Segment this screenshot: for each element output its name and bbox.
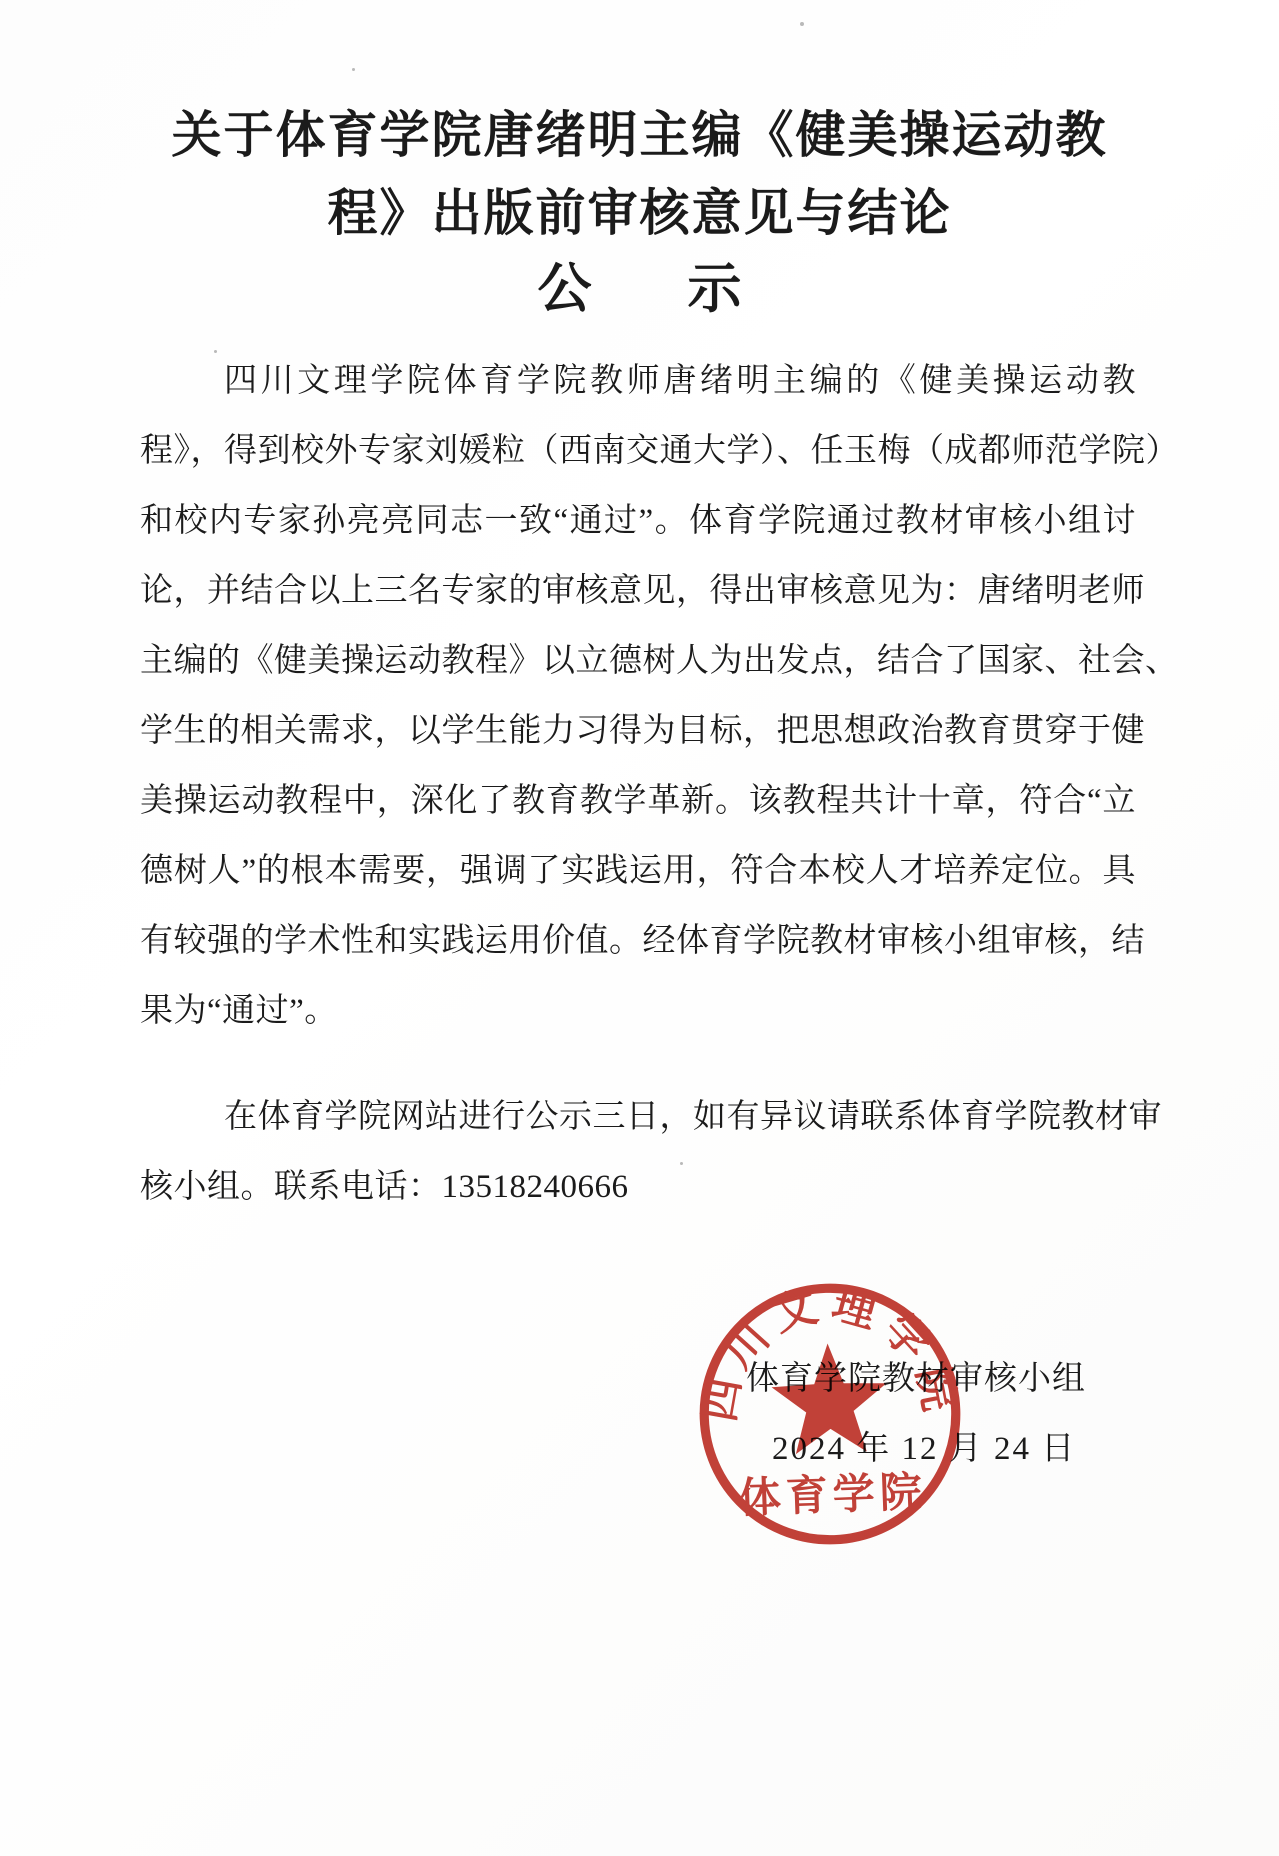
body-line: 在体育学院网站进行公示三日，如有异议请联系体育学院教材审 [140, 1082, 1136, 1152]
scan-speck [800, 22, 804, 26]
document-title: 关于体育学院唐绪明主编《健美操运动教 程》出版前审核意见与结论 [0, 96, 1279, 252]
official-seal: 四川文理学院 体育学院 [689, 1273, 970, 1554]
seal-bottom-text: 体育学院 [738, 1469, 928, 1523]
paragraph-2: 在体育学院网站进行公示三日，如有异议请联系体育学院教材审 核小组。联系电话：13… [140, 1082, 1136, 1222]
body-line: 核小组。联系电话：13518240666 [140, 1152, 1136, 1222]
notice-heading: 公示 [0, 248, 1279, 330]
body-line: 和校内专家孙亮亮同志一致“通过”。体育学院通过教材审核小组讨 [140, 486, 1136, 556]
paragraph-1: 四川文理学院体育学院教师唐绪明主编的《健美操运动教 程》，得到校外专家刘媛粒（西… [140, 346, 1136, 1046]
body-line: 主编的《健美操运动教程》以立德树人为出发点，结合了国家、社会、 [140, 626, 1136, 696]
seal-star-icon [770, 1341, 889, 1454]
title-line-2: 程》出版前审核意见与结论 [0, 174, 1279, 252]
body-line: 美操运动教程中，深化了教育教学革新。该教程共计十章，符合“立 [140, 766, 1136, 836]
document-page: 关于体育学院唐绪明主编《健美操运动教 程》出版前审核意见与结论 公示 四川文理学… [0, 0, 1279, 1856]
heading-char-left: 公 [538, 259, 592, 319]
scan-speck [352, 68, 355, 71]
body-line: 学生的相关需求，以学生能力习得为目标，把思想政治教育贯穿于健 [140, 696, 1136, 766]
body-line: 程》，得到校外专家刘媛粒（西南交通大学）、任玉梅（成都师范学院） [140, 416, 1136, 486]
body-line: 有较强的学术性和实践运用价值。经体育学院教材审核小组审核，结 [140, 906, 1136, 976]
title-line-1: 关于体育学院唐绪明主编《健美操运动教 [0, 96, 1279, 174]
heading-char-right: 示 [688, 259, 742, 319]
body-line: 德树人”的根本需要，强调了实践运用，符合本校人才培养定位。具 [140, 836, 1136, 906]
body-line: 论，并结合以上三名专家的审核意见，得出审核意见为：唐绪明老师 [140, 556, 1136, 626]
body-line: 果为“通过”。 [140, 976, 1136, 1046]
body-line: 四川文理学院体育学院教师唐绪明主编的《健美操运动教 [140, 346, 1136, 416]
